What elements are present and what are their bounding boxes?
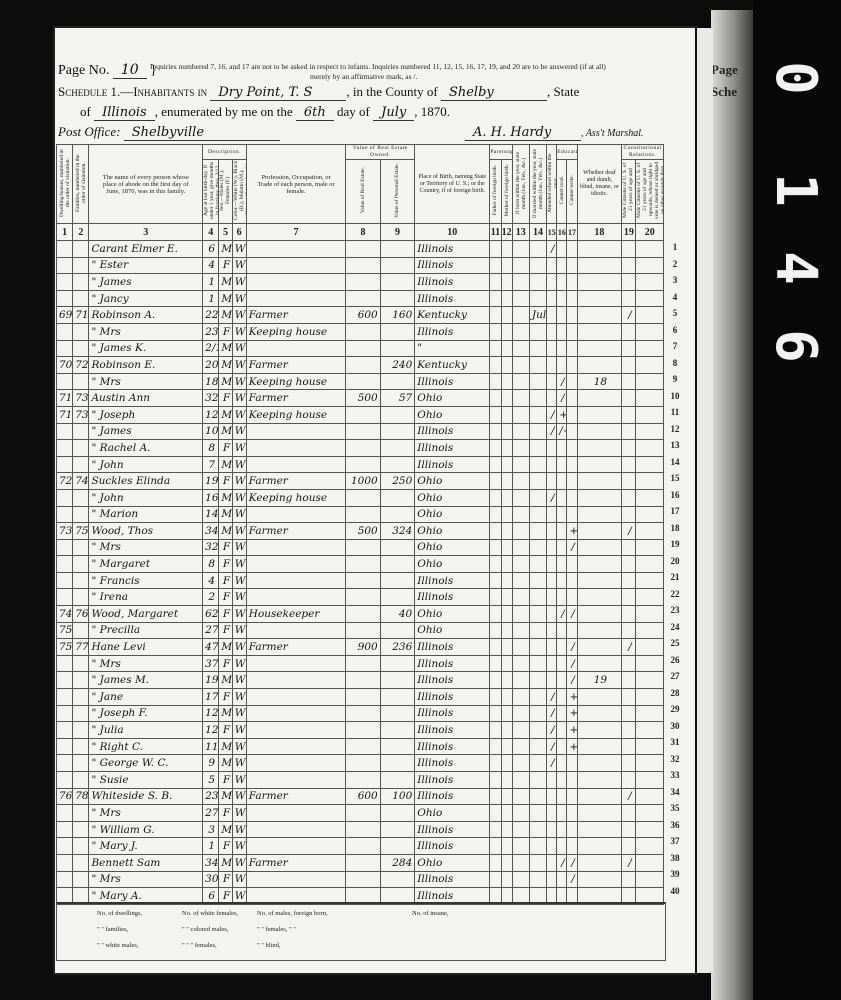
father-foreign	[490, 456, 501, 473]
cannot-write: +	[567, 523, 577, 540]
table-row: " Jancy1MWIllinois	[57, 290, 664, 307]
family-number	[73, 755, 89, 772]
real-estate-value	[346, 689, 381, 706]
attended-school	[547, 274, 557, 291]
dwelling-number	[57, 241, 73, 258]
state-label: , State	[547, 84, 580, 99]
color: W	[232, 639, 246, 656]
birthplace: Illinois	[415, 423, 490, 440]
real-estate-value	[346, 257, 381, 274]
married-within-year	[529, 340, 546, 357]
attended-school	[547, 539, 557, 556]
family-number	[73, 241, 89, 258]
line-number: 33	[668, 770, 682, 780]
line-number: 27	[668, 671, 682, 681]
male-citizen	[622, 722, 636, 739]
father-foreign	[490, 755, 501, 772]
married-within-year	[529, 456, 546, 473]
age: 7	[203, 456, 219, 473]
father-foreign	[490, 523, 501, 540]
line-number: 39	[668, 869, 682, 879]
real-estate-value	[346, 821, 381, 838]
mother-foreign	[501, 622, 512, 639]
attended-school	[547, 788, 557, 805]
mother-foreign	[501, 357, 512, 374]
family-number	[73, 539, 89, 556]
disability	[577, 440, 622, 457]
sex: M	[219, 672, 232, 689]
vote-denied	[636, 290, 664, 307]
color: W	[232, 871, 246, 888]
real-estate-value	[346, 772, 381, 789]
line-number: 38	[668, 853, 682, 863]
male-citizen	[622, 589, 636, 606]
sex: M	[219, 705, 232, 722]
real-estate-value	[346, 622, 381, 639]
male-citizen	[622, 489, 636, 506]
line-number: 13	[668, 440, 682, 450]
col-header-occupation: Profession, Occupation, or Trade of each…	[246, 145, 345, 224]
col-header-father-foreign: Father of foreign birth.	[490, 160, 501, 224]
color: W	[232, 506, 246, 523]
male-citizen	[622, 456, 636, 473]
born-within-year	[512, 772, 529, 789]
disability	[577, 821, 622, 838]
person-name: " Margaret	[89, 556, 203, 573]
dwelling-number: 76	[57, 788, 73, 805]
born-within-year	[512, 489, 529, 506]
born-within-year	[512, 722, 529, 739]
born-within-year	[512, 506, 529, 523]
attended-school	[547, 572, 557, 589]
male-citizen	[622, 241, 636, 258]
person-name: " Mrs	[89, 539, 203, 556]
col-header-real-estate: Value of Real Estate.	[346, 160, 381, 224]
group-header-description: Description.	[203, 145, 247, 160]
col-num: 13	[512, 224, 529, 241]
disability	[577, 738, 622, 755]
birthplace: Kentucky	[415, 357, 490, 374]
dwelling-number: 74	[57, 606, 73, 623]
col-header-married-within-year: If married within the year, state month …	[529, 145, 546, 224]
attended-school	[547, 307, 557, 324]
col-header-personal-estate: Value of Personal Estate.	[380, 160, 415, 224]
mother-foreign	[501, 672, 512, 689]
summary-white-females: No. of white females,	[182, 910, 238, 917]
cannot-read	[557, 473, 567, 490]
occupation	[246, 838, 345, 855]
real-estate-value: 600	[346, 788, 381, 805]
occupation	[246, 821, 345, 838]
cannot-write	[567, 406, 577, 423]
sex: M	[219, 456, 232, 473]
table-row: 7678Whiteside S. B.23MWFarmer600100Illin…	[57, 788, 664, 805]
enumerated-label: , enumerated by me on the	[155, 104, 293, 119]
col-num: 12	[501, 224, 512, 241]
sex: F	[219, 871, 232, 888]
vote-denied	[636, 639, 664, 656]
male-citizen	[622, 290, 636, 307]
age: 16	[203, 489, 219, 506]
frame-digit: 4	[767, 225, 823, 311]
disability	[577, 622, 622, 639]
table-row: " Mrs30FWIllinois/	[57, 871, 664, 888]
age: 18	[203, 373, 219, 390]
disability: 19	[577, 672, 622, 689]
personal-estate-value	[380, 655, 415, 672]
occupation: Farmer	[246, 357, 345, 374]
col-num: 8	[346, 224, 381, 241]
attended-school: /	[547, 705, 557, 722]
occupation: Keeping house	[246, 489, 345, 506]
cannot-read	[557, 456, 567, 473]
cannot-read	[557, 274, 567, 291]
attended-school	[547, 340, 557, 357]
age: 6	[203, 241, 219, 258]
dwelling-number	[57, 655, 73, 672]
dwelling-number	[57, 871, 73, 888]
occupation	[246, 340, 345, 357]
mother-foreign	[501, 788, 512, 805]
age: 9	[203, 755, 219, 772]
personal-estate-value: 40	[380, 606, 415, 623]
born-within-year	[512, 639, 529, 656]
real-estate-value	[346, 323, 381, 340]
family-number	[73, 821, 89, 838]
line-number: 2	[668, 259, 682, 269]
table-row: 7577Hane Levi47MWFarmer900236Illinois//	[57, 639, 664, 656]
mother-foreign	[501, 838, 512, 855]
male-citizen: /	[622, 307, 636, 324]
person-name: Austin Ann	[89, 390, 203, 407]
mother-foreign	[501, 473, 512, 490]
line-number: 17	[668, 506, 682, 516]
table-row: 75" Precilla27FWOhio	[57, 622, 664, 639]
attended-school	[547, 390, 557, 407]
cannot-read	[557, 257, 567, 274]
male-citizen	[622, 473, 636, 490]
table-row: 7274Suckles Elinda19FWFarmer1000250Ohio	[57, 473, 664, 490]
person-name: Wood, Thos	[89, 523, 203, 540]
vote-denied	[636, 805, 664, 822]
col-header-birthplace: Place of Birth, naming State or Territor…	[415, 145, 490, 224]
table-row: " Rachel A.8FWIllinois	[57, 440, 664, 457]
table-row: " Mrs37FWIllinois/	[57, 655, 664, 672]
disability	[577, 257, 622, 274]
table-row: " Joseph F.12MWIllinois/+	[57, 705, 664, 722]
person-name: Hane Levi	[89, 639, 203, 656]
state-value: Illinois	[94, 105, 155, 121]
sex: M	[219, 738, 232, 755]
married-within-year	[529, 672, 546, 689]
disability	[577, 722, 622, 739]
person-name: " James	[89, 423, 203, 440]
sex: M	[219, 788, 232, 805]
summary-colored-females: " " " females,	[182, 942, 217, 949]
occupation	[246, 572, 345, 589]
sex: M	[219, 639, 232, 656]
sex: F	[219, 556, 232, 573]
line-number: 31	[668, 737, 682, 747]
personal-estate-value	[380, 406, 415, 423]
cannot-read	[557, 805, 567, 822]
col-header-male-citizens: Male Citizens of U. S. of 21 years of ag…	[622, 160, 636, 224]
married-within-year	[529, 572, 546, 589]
col-header-sex: Sex.—Males (M.), Females (F.)	[219, 160, 232, 224]
color: W	[232, 572, 246, 589]
cannot-write: /	[567, 854, 577, 871]
cannot-write	[567, 755, 577, 772]
cannot-read	[557, 241, 567, 258]
birthplace: Ohio	[415, 489, 490, 506]
disability	[577, 705, 622, 722]
age: 19	[203, 473, 219, 490]
cannot-read	[557, 340, 567, 357]
county-label: , in the County of	[346, 84, 437, 99]
occupation: Farmer	[246, 473, 345, 490]
family-number	[73, 572, 89, 589]
personal-estate-value	[380, 572, 415, 589]
dwelling-number: 73	[57, 523, 73, 540]
male-citizen	[622, 871, 636, 888]
vote-denied	[636, 489, 664, 506]
sex: F	[219, 772, 232, 789]
line-number: 23	[668, 605, 682, 615]
line-number: 21	[668, 572, 682, 582]
born-within-year	[512, 357, 529, 374]
census-table: Dwelling-houses, numbered in the order o…	[56, 144, 664, 905]
cannot-read	[557, 523, 567, 540]
cannot-read	[557, 838, 567, 855]
group-header-constitutional: Constitutional Relations.	[622, 145, 664, 160]
personal-estate-value	[380, 274, 415, 291]
mother-foreign	[501, 722, 512, 739]
father-foreign	[490, 241, 501, 258]
real-estate-value	[346, 290, 381, 307]
line-number: 5	[668, 308, 682, 318]
birthplace: Illinois	[415, 705, 490, 722]
birthplace: Illinois	[415, 655, 490, 672]
vote-denied	[636, 672, 664, 689]
color: W	[232, 340, 246, 357]
male-citizen	[622, 738, 636, 755]
sex: M	[219, 290, 232, 307]
person-name: " Mrs	[89, 655, 203, 672]
sex: F	[219, 572, 232, 589]
person-name: Robinson E.	[89, 357, 203, 374]
father-foreign	[490, 871, 501, 888]
married-within-year	[529, 854, 546, 871]
attended-school	[547, 589, 557, 606]
family-number	[73, 589, 89, 606]
group-header-parentage: Parentage.	[490, 145, 512, 160]
male-citizen: /	[622, 639, 636, 656]
person-name: " Precilla	[89, 622, 203, 639]
male-citizen: /	[622, 854, 636, 871]
color: W	[232, 406, 246, 423]
married-within-year	[529, 821, 546, 838]
color: W	[232, 523, 246, 540]
born-within-year	[512, 257, 529, 274]
personal-estate-value	[380, 871, 415, 888]
summary-colored-males: " " colored males,	[182, 926, 228, 933]
cannot-write	[567, 506, 577, 523]
mother-foreign	[501, 871, 512, 888]
father-foreign	[490, 788, 501, 805]
township-value: Dry Point, T. S	[210, 85, 346, 101]
age: 8	[203, 440, 219, 457]
sex: M	[219, 489, 232, 506]
attended-school: /	[547, 738, 557, 755]
family-number	[73, 622, 89, 639]
sex: M	[219, 821, 232, 838]
father-foreign	[490, 572, 501, 589]
mother-foreign	[501, 290, 512, 307]
cannot-write	[567, 373, 577, 390]
birthplace: Illinois	[415, 373, 490, 390]
birthplace: Ohio	[415, 539, 490, 556]
personal-estate-value: 240	[380, 357, 415, 374]
family-number	[73, 340, 89, 357]
summary-blind: " " blind,	[257, 942, 281, 949]
birthplace: Illinois	[415, 722, 490, 739]
birthplace: Illinois	[415, 274, 490, 291]
table-row: " Right C.11MWIllinois/+	[57, 738, 664, 755]
male-citizen	[622, 655, 636, 672]
person-name: Suckles Elinda	[89, 473, 203, 490]
adjacent-page-edge	[711, 10, 753, 1000]
father-foreign	[490, 489, 501, 506]
personal-estate-value	[380, 539, 415, 556]
summary-dwellings: No. of dwellings,	[97, 910, 142, 917]
real-estate-value	[346, 589, 381, 606]
birthplace: Illinois	[415, 589, 490, 606]
born-within-year	[512, 838, 529, 855]
family-number	[73, 290, 89, 307]
disability	[577, 307, 622, 324]
vote-denied	[636, 755, 664, 772]
personal-estate-value	[380, 440, 415, 457]
person-name: " John	[89, 489, 203, 506]
cannot-read	[557, 755, 567, 772]
family-number	[73, 556, 89, 573]
cannot-read	[557, 738, 567, 755]
born-within-year	[512, 373, 529, 390]
person-name: " Marion	[89, 506, 203, 523]
dwelling-number	[57, 838, 73, 855]
father-foreign	[490, 705, 501, 722]
table-row: " Marion14MWOhio	[57, 506, 664, 523]
personal-estate-value: 324	[380, 523, 415, 540]
age: 12	[203, 406, 219, 423]
sex: F	[219, 323, 232, 340]
cannot-write	[567, 556, 577, 573]
real-estate-value	[346, 572, 381, 589]
color: W	[232, 456, 246, 473]
table-row: " Julia12FWIllinois/+	[57, 722, 664, 739]
of-label: of	[80, 104, 91, 119]
occupation	[246, 539, 345, 556]
birthplace: Ohio	[415, 606, 490, 623]
occupation	[246, 871, 345, 888]
disability	[577, 854, 622, 871]
dwelling-number	[57, 373, 73, 390]
col-header-disability: Whether deaf and dumb, blind, insane, or…	[577, 145, 622, 224]
married-within-year	[529, 323, 546, 340]
family-number: 72	[73, 357, 89, 374]
person-name: " Mrs	[89, 805, 203, 822]
real-estate-value	[346, 805, 381, 822]
dwelling-number	[57, 854, 73, 871]
occupation	[246, 241, 345, 258]
birthplace: Illinois	[415, 290, 490, 307]
occupation	[246, 440, 345, 457]
attended-school: /	[547, 406, 557, 423]
dwelling-number	[57, 440, 73, 457]
col-num: 9	[380, 224, 415, 241]
color: W	[232, 274, 246, 291]
col-num: 15	[547, 224, 557, 241]
disability	[577, 639, 622, 656]
vote-denied	[636, 406, 664, 423]
frame-digit: 0	[767, 35, 823, 121]
disability	[577, 772, 622, 789]
table-row: " Irena2FWIllinois	[57, 589, 664, 606]
sex: F	[219, 606, 232, 623]
personal-estate-value	[380, 506, 415, 523]
dwelling-number	[57, 705, 73, 722]
cannot-read	[557, 689, 567, 706]
table-row: 7173Austin Ann32FWFarmer50057Ohio/	[57, 390, 664, 407]
color: W	[232, 290, 246, 307]
dwelling-number	[57, 423, 73, 440]
personal-estate-value	[380, 257, 415, 274]
real-estate-value	[346, 738, 381, 755]
sex: M	[219, 307, 232, 324]
married-within-year	[529, 606, 546, 623]
birthplace: Illinois	[415, 257, 490, 274]
married-within-year	[529, 357, 546, 374]
dwelling-number	[57, 722, 73, 739]
male-citizen	[622, 406, 636, 423]
born-within-year	[512, 755, 529, 772]
color: W	[232, 821, 246, 838]
male-citizen: /	[622, 523, 636, 540]
married-within-year	[529, 871, 546, 888]
real-estate-value: 900	[346, 639, 381, 656]
col-num: 17	[567, 224, 577, 241]
vote-denied	[636, 340, 664, 357]
male-citizen	[622, 357, 636, 374]
real-estate-value	[346, 539, 381, 556]
person-name: Carant Elmer E.	[89, 241, 203, 258]
dwelling-number	[57, 772, 73, 789]
born-within-year	[512, 871, 529, 888]
color: W	[232, 838, 246, 855]
cannot-write: +	[567, 738, 577, 755]
male-citizen	[622, 539, 636, 556]
birthplace: Ohio	[415, 473, 490, 490]
dwelling-number	[57, 257, 73, 274]
col-header-attended-school: Attended school within the year.	[547, 145, 557, 224]
line-number: 35	[668, 803, 682, 813]
personal-estate-value	[380, 838, 415, 855]
age: 22	[203, 307, 219, 324]
page-number-value: 10	[113, 62, 147, 79]
birthplace: Illinois	[415, 456, 490, 473]
real-estate-value	[346, 871, 381, 888]
family-number: 75	[73, 523, 89, 540]
